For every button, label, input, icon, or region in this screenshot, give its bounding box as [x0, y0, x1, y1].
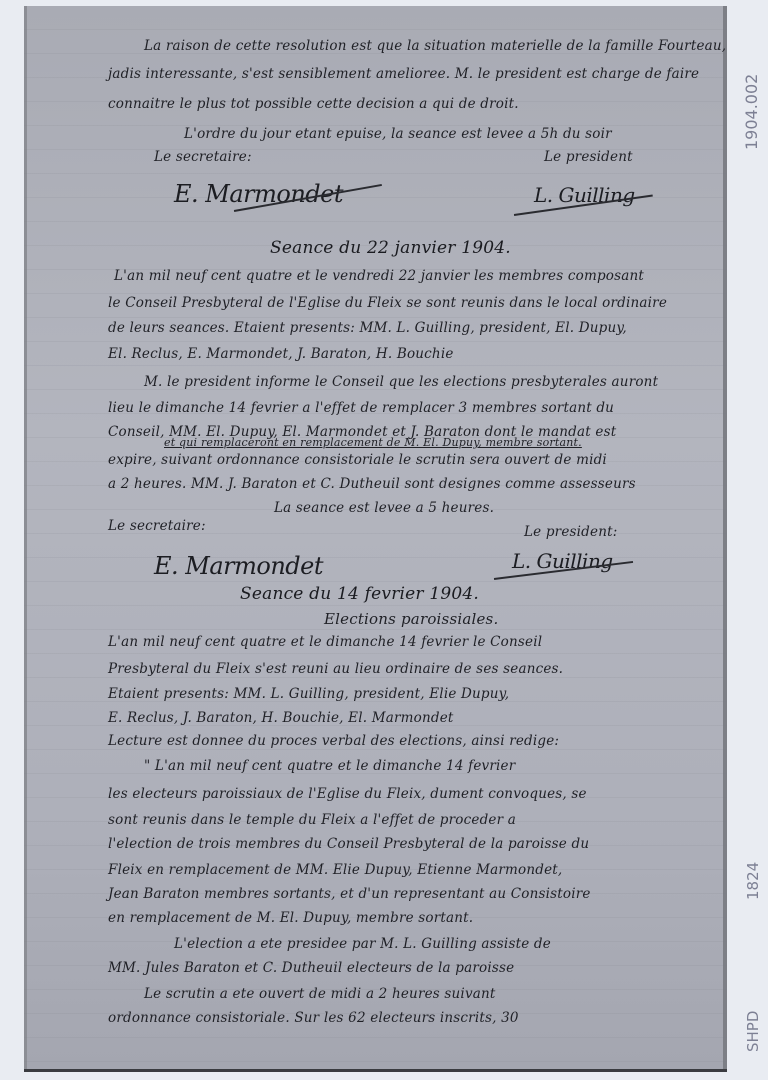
- text-line: L'an mil neuf cent quatre et le dimanche…: [108, 634, 542, 650]
- text-line: Le scrutin a ete ouvert de midi a 2 heur…: [144, 986, 496, 1002]
- text-line: Fleix en remplacement de MM. Elie Dupuy,…: [108, 862, 562, 878]
- archive-code-note: SHPD: [744, 1011, 762, 1052]
- secretary-label: Le secretaire:: [108, 518, 206, 534]
- text-line: L'an mil neuf cent quatre et le vendredi…: [114, 268, 644, 284]
- text-line: connaitre le plus tot possible cette dec…: [108, 96, 519, 112]
- text-line: jadis interessante, s'est sensiblement a…: [108, 66, 699, 82]
- text-line: Presbyteral du Fleix s'est reuni au lieu…: [108, 661, 563, 677]
- section-subtitle: Elections paroissiales.: [324, 610, 498, 628]
- text-line: les electeurs paroissiaux de l'Eglise du…: [108, 786, 587, 802]
- text-line: Jean Baraton membres sortants, et d'un r…: [108, 886, 591, 902]
- text-line: La raison de cette resolution est que la…: [144, 38, 726, 54]
- archive-number-note: 1904.002: [742, 74, 761, 150]
- text-line: expire, suivant ordonnance consistoriale…: [108, 452, 607, 468]
- secretary-signature: E. Marmondet: [174, 180, 343, 208]
- text-line: La seance est levee a 5 heures.: [274, 500, 494, 516]
- text-line: sont reunis dans le temple du Fleix a l'…: [108, 812, 516, 828]
- section-title: Seance du 14 fevrier 1904.: [240, 584, 479, 604]
- text-line: lieu le dimanche 14 fevrier a l'effet de…: [108, 400, 614, 416]
- text-line: El. Reclus, E. Marmondet, J. Baraton, H.…: [108, 346, 454, 362]
- president-label: Le president: [544, 149, 633, 165]
- section-title: Seance du 22 janvier 1904.: [270, 238, 511, 258]
- text-line: Etaient presents: MM. L. Guilling, presi…: [108, 686, 509, 702]
- inserted-line: et qui remplaceront en remplacement de M…: [164, 436, 582, 449]
- scanned-page: La raison de cette resolution est que la…: [24, 6, 727, 1072]
- text-line: ordonnance consistoriale. Sur les 62 ele…: [108, 1010, 519, 1026]
- text-line: a 2 heures. MM. J. Baraton et C. Dutheui…: [108, 476, 636, 492]
- reference-number-note: 1824: [744, 862, 762, 900]
- text-line: MM. Jules Baraton et C. Dutheuil electeu…: [108, 960, 514, 976]
- text-line: l'election de trois membres du Conseil P…: [108, 836, 589, 852]
- text-line: " L'an mil neuf cent quatre et le dimanc…: [144, 758, 515, 774]
- text-line: L'election a ete presidee par M. L. Guil…: [174, 936, 551, 952]
- text-line: L'ordre du jour etant epuise, la seance …: [184, 126, 612, 142]
- text-line: M. le president informe le Conseil que l…: [144, 374, 658, 390]
- text-line: Lecture est donnee du proces verbal des …: [108, 733, 559, 749]
- text-line: de leurs seances. Etaient presents: MM. …: [108, 320, 627, 336]
- text-line: en remplacement de M. El. Dupuy, membre …: [108, 910, 473, 926]
- text-line: le Conseil Presbyteral de l'Eglise du Fl…: [108, 295, 667, 311]
- text-line: E. Reclus, J. Baraton, H. Bouchie, El. M…: [108, 710, 454, 726]
- secretary-label: Le secretaire:: [154, 149, 252, 165]
- president-label: Le president:: [524, 524, 617, 540]
- secretary-signature: E. Marmondet: [154, 552, 323, 580]
